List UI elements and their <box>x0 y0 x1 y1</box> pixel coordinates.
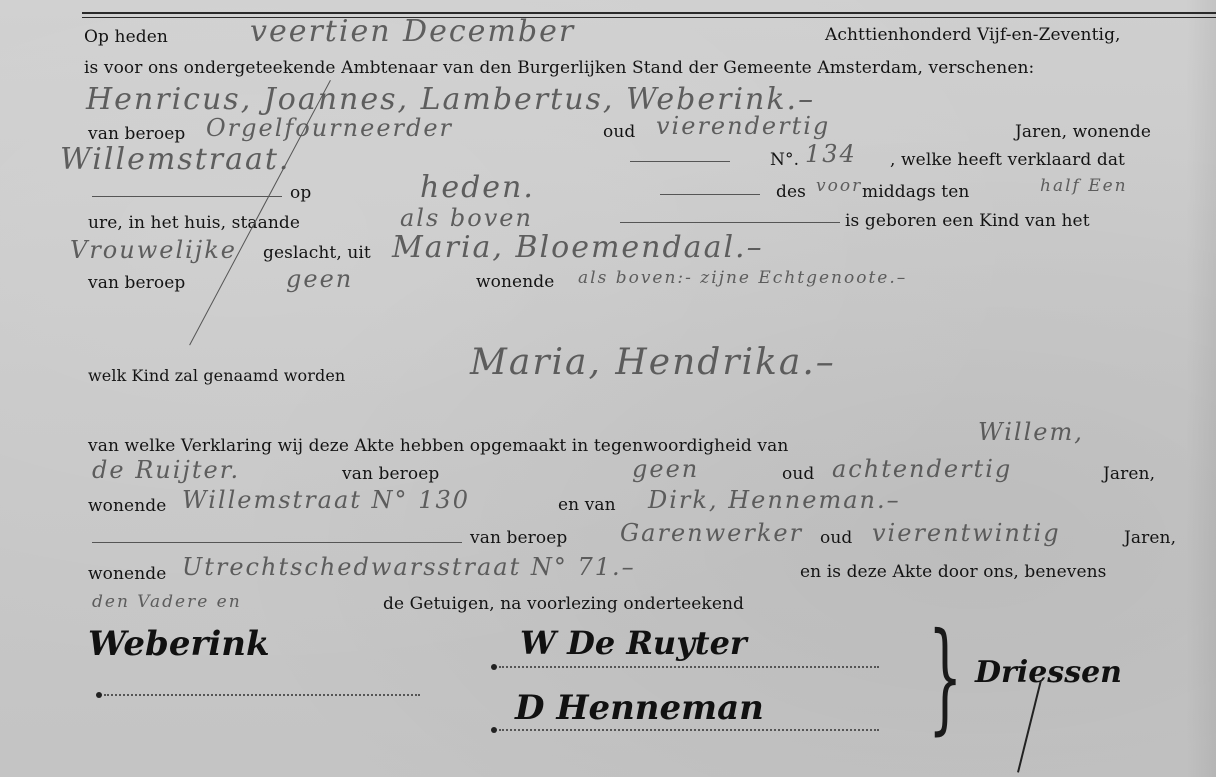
signature-dot <box>491 727 497 733</box>
printed-oud: oud <box>820 528 852 548</box>
printed-des: des <box>776 182 806 202</box>
handwritten-witness2-name: Dirk, Henneman.– <box>648 486 901 514</box>
signature-line <box>499 666 879 668</box>
handwritten-mother-name: Maria, Bloemendaal.– <box>392 230 764 265</box>
handwritten-witness2-age: vierentwintig <box>872 519 1061 547</box>
printed-middags: middags ten <box>862 182 969 202</box>
handwritten-child-name: Maria, Hendrika.– <box>470 342 836 383</box>
handwritten-birth-hour: half Een <box>1040 176 1128 196</box>
printed-op: op <box>290 183 311 203</box>
printed-van-beroep: van beroep <box>88 273 185 293</box>
signature-dot <box>96 692 102 698</box>
signature-witness2: D Henneman <box>515 688 764 728</box>
signature-father: Weberink <box>88 624 270 664</box>
handwritten-witness2-address: Utrechtschedwarsstraat N° 71.– <box>182 553 636 581</box>
witness-brace: } <box>928 618 962 738</box>
signature-dot <box>491 664 497 670</box>
fill-line <box>630 161 730 162</box>
printed-oud: oud <box>782 464 814 484</box>
printed-wonende: wonende <box>88 496 166 516</box>
printed-geboren: is geboren een Kind van het <box>845 211 1090 231</box>
printed-en-van: en van <box>558 495 616 515</box>
handwritten-father-profession: Orgelfourneerder <box>206 114 453 142</box>
printed-van-beroep: van beroep <box>88 124 185 144</box>
handwritten-mother-residence: als boven:- zijne Echtgenoote.– <box>578 268 907 288</box>
printed-ure-huis: ure, in het huis, staande <box>88 213 300 233</box>
handwritten-sex: Vrouwelijke <box>70 236 237 264</box>
paper-edge <box>1186 0 1216 777</box>
printed-number: N°. <box>770 150 799 170</box>
fill-line <box>92 196 282 197</box>
handwritten-birth-house: als boven <box>400 204 533 232</box>
handwritten-witness1-age: achtendertig <box>832 455 1012 483</box>
handwritten-father-age: vierendertig <box>656 112 830 140</box>
handwritten-witness1-profession: geen <box>632 455 699 483</box>
printed-van-beroep: van beroep <box>342 464 439 484</box>
fill-line <box>620 222 840 223</box>
printed-verklaring-line: van welke Verklaring wij deze Akte hebbe… <box>88 436 788 456</box>
printed-van-beroep: van beroep <box>470 528 567 548</box>
printed-wonende: wonende <box>476 272 554 292</box>
signature-official: Driessen <box>975 655 1122 690</box>
handwritten-house-number: 134 <box>805 140 857 168</box>
printed-year: Achttienhonderd Vijf-en-Zeventig, <box>825 25 1121 45</box>
handwritten-daypart: voor <box>816 176 862 196</box>
printed-verklaard: , welke heeft verklaard dat <box>890 150 1125 170</box>
handwritten-father-street: Willemstraat. <box>60 142 290 177</box>
printed-official-line: is voor ons ondergeteekende Ambtenaar va… <box>84 58 1034 78</box>
printed-child-name-label: welk Kind zal genaamd worden <box>88 366 345 385</box>
printed-akte-door-ons: en is deze Akte door ons, benevens <box>800 562 1107 582</box>
printed-getuigen: de Getuigen, na voorlezing onderteekend <box>383 594 744 614</box>
handwritten-witness1-first: Willem, <box>978 418 1084 446</box>
signature-witness1: W De Ruyter <box>520 624 747 662</box>
handwritten-date: veertien December <box>250 14 575 49</box>
signature-line <box>104 694 420 696</box>
printed-wonende: wonende <box>88 564 166 584</box>
fill-line <box>660 194 760 195</box>
handwritten-mother-profession: geen <box>286 265 353 293</box>
fill-line <box>92 542 462 543</box>
handwritten-witness1-address: Willemstraat N° 130 <box>182 486 470 514</box>
handwritten-witness2-profession: Garenwerker <box>620 519 803 547</box>
printed-jaren: Jaren, <box>1103 464 1155 484</box>
handwritten-father-note: den Vadere en <box>92 592 242 612</box>
handwritten-birth-day: heden. <box>420 170 535 205</box>
printed-geslacht-uit: geslacht, uit <box>263 243 371 263</box>
printed-op-heden: Op heden <box>84 27 168 47</box>
printed-oud: oud <box>603 122 635 142</box>
signature-line <box>499 729 879 731</box>
handwritten-witness1-last: de Ruijter. <box>92 456 240 484</box>
printed-jaren: Jaren, <box>1124 528 1176 548</box>
printed-jaren-wonende: Jaren, wonende <box>1015 122 1151 142</box>
